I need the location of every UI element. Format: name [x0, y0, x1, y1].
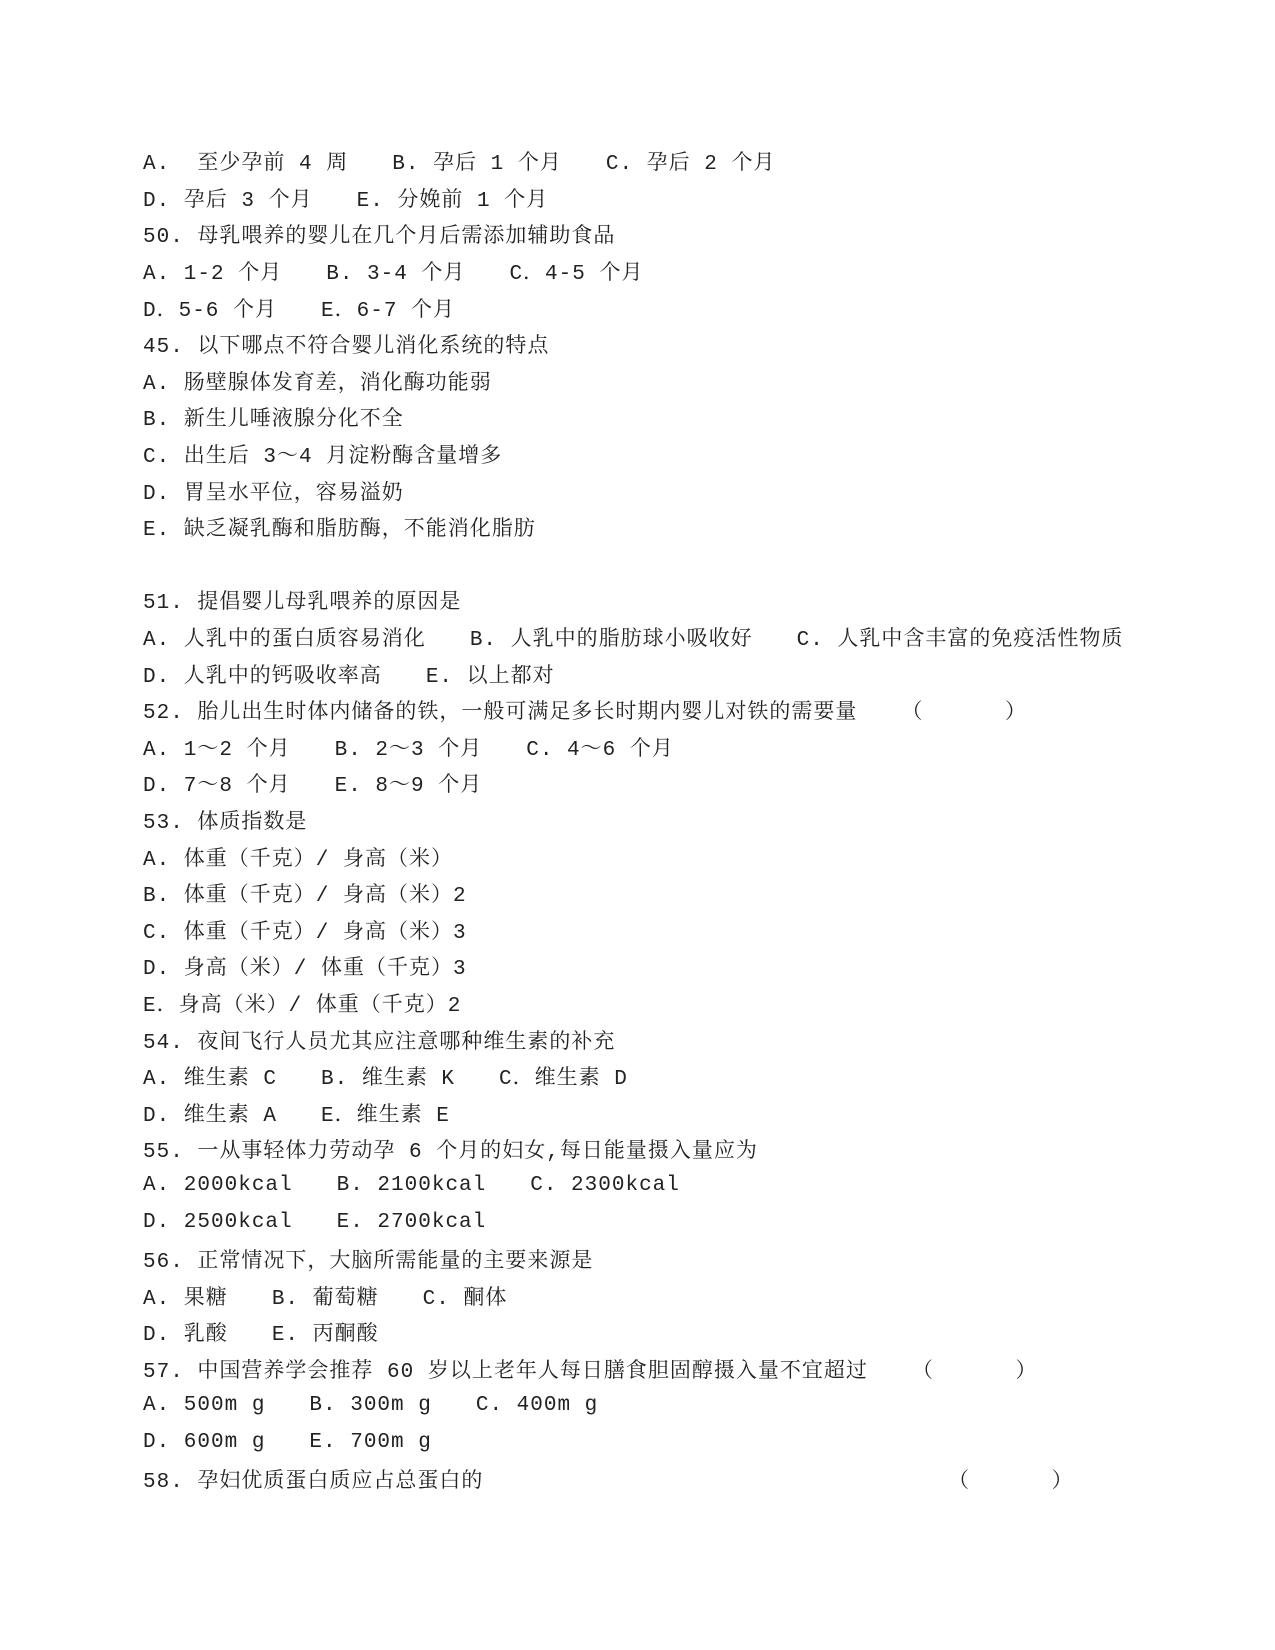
option-line: A. 1～2 个月B. 2～3 个月C. 4～6 个月 [143, 729, 1225, 766]
option-d: D. 胃呈水平位，容易溢奶 [143, 476, 404, 506]
option-line: D. 维生素 AE．维生素 E [143, 1094, 1225, 1131]
option-line: A. 1-2 个月B. 3-4 个月C．4-5 个月 [143, 253, 1225, 290]
answer-blank-parens: （ ） [912, 1354, 1038, 1384]
option-d: D. 7～8 个月 [143, 768, 291, 798]
option-c: C. 酮体 [423, 1281, 508, 1311]
question-stem: 58. 孕妇优质蛋白质应占总蛋白的 [143, 1464, 483, 1494]
question-line: 56. 正常情况下，大脑所需能量的主要来源是 [143, 1241, 1225, 1278]
question-stem: 53. 体质指数是 [143, 805, 307, 835]
option-line: D．5-6 个月E．6-7 个月 [143, 289, 1225, 326]
option-c: C. 2300kcal [530, 1174, 680, 1197]
option-e: E．维生素 E [321, 1098, 450, 1128]
option-b: B. 葡萄糖 [272, 1281, 379, 1311]
option-e: E. 8～9 个月 [335, 768, 483, 798]
exam-document-page: A. 至少孕前 4 周B. 孕后 1 个月C. 孕后 2 个月D. 孕后 3 个… [0, 0, 1275, 1650]
option-e: E. 2700kcal [337, 1211, 487, 1234]
option-a: A. 2000kcal [143, 1174, 293, 1197]
option-c: C. 400m g [476, 1394, 598, 1417]
option-a: A. 体重（千克）/ 身高（米） [143, 842, 453, 872]
option-a: A. 人乳中的蛋白质容易消化 [143, 622, 426, 652]
option-line: A. 维生素 CB. 维生素 KC．维生素 D [143, 1058, 1225, 1095]
option-line: A. 500m gB. 300m gC. 400m g [143, 1387, 1225, 1424]
question-line: 50. 母乳喂养的婴儿在几个月后需添加辅助食品 [143, 216, 1225, 253]
option-e: E. 700m g [309, 1431, 431, 1454]
option-line: A. 至少孕前 4 周B. 孕后 1 个月C. 孕后 2 个月 [143, 143, 1225, 180]
option-line: A. 2000kcalB. 2100kcalC. 2300kcal [143, 1168, 1225, 1205]
question-line: 53. 体质指数是 [143, 802, 1225, 839]
option-c: C. 4～6 个月 [526, 732, 674, 762]
option-e: E. 以上都对 [426, 659, 555, 689]
option-line: C. 出生后 3～4 月淀粉酶含量增多 [143, 436, 1225, 473]
answer-blank-parens: （ ） [901, 695, 1027, 725]
option-e: E. 丙酮酸 [272, 1317, 379, 1347]
option-line: B. 体重（千克）/ 身高（米）2 [143, 875, 1225, 912]
option-e: E．6-7 个月 [321, 293, 455, 323]
question-line: 51. 提倡婴儿母乳喂养的原因是 [143, 582, 1225, 619]
option-b: B. 3-4 个月 [326, 256, 465, 286]
option-b: B. 新生儿唾液腺分化不全 [143, 402, 404, 432]
option-b: B. 孕后 1 个月 [392, 146, 562, 176]
option-line: D. 7～8 个月E. 8～9 个月 [143, 765, 1225, 802]
option-line: D. 乳酸E. 丙酮酸 [143, 1314, 1225, 1351]
option-line: D. 2500kcalE. 2700kcal [143, 1204, 1225, 1241]
question-line: 57. 中国营养学会推荐 60 岁以上老年人每日膳食胆固醇摄入量不宜超过（ ） [143, 1351, 1225, 1388]
question-stem: 50. 母乳喂养的婴儿在几个月后需添加辅助食品 [143, 219, 615, 249]
question-line: 55. 一从事轻体力劳动孕 6 个月的妇女,每日能量摄入量应为 [143, 1131, 1225, 1168]
option-b: B. 300m g [309, 1394, 431, 1417]
option-e: E．身高（米）/ 体重（千克）2 [143, 988, 461, 1018]
option-c: C．4-5 个月 [509, 256, 643, 286]
option-a: A. 500m g [143, 1394, 265, 1417]
question-stem: 45. 以下哪点不符合婴儿消化系统的特点 [143, 329, 549, 359]
question-stem: 51. 提倡婴儿母乳喂养的原因是 [143, 585, 461, 615]
option-line: E．身高（米）/ 体重（千克）2 [143, 985, 1225, 1022]
option-line: D. 人乳中的钙吸收率高E. 以上都对 [143, 655, 1225, 692]
question-line: 54. 夜间飞行人员尤其应注意哪种维生素的补充 [143, 1021, 1225, 1058]
option-d: D. 人乳中的钙吸收率高 [143, 659, 382, 689]
option-line: A. 人乳中的蛋白质容易消化B. 人乳中的脂肪球小吸收好C. 人乳中含丰富的免疫… [143, 619, 1225, 656]
option-a: A. 果糖 [143, 1281, 228, 1311]
question-line: 58. 孕妇优质蛋白质应占总蛋白的（ ） [143, 1460, 1225, 1497]
question-line: 45. 以下哪点不符合婴儿消化系统的特点 [143, 326, 1225, 363]
option-c: C. 出生后 3～4 月淀粉酶含量增多 [143, 439, 502, 469]
option-c: C．维生素 D [499, 1061, 628, 1091]
option-a: A. 肠壁腺体发育差，消化酶功能弱 [143, 366, 492, 396]
option-b: B. 2100kcal [337, 1174, 487, 1197]
option-line: D. 孕后 3 个月E. 分娩前 1 个月 [143, 180, 1225, 217]
option-b: B. 维生素 K [321, 1061, 455, 1091]
option-a: A. 1-2 个月 [143, 256, 282, 286]
question-stem: 52. 胎儿出生时体内储备的铁，一般可满足多长时期内婴儿对铁的需要量 [143, 695, 857, 725]
option-d: D. 维生素 A [143, 1098, 277, 1128]
option-line: A. 体重（千克）/ 身高（米） [143, 838, 1225, 875]
question-line: 52. 胎儿出生时体内储备的铁，一般可满足多长时期内婴儿对铁的需要量（ ） [143, 692, 1225, 729]
option-line: B. 新生儿唾液腺分化不全 [143, 399, 1225, 436]
option-a: A. 1～2 个月 [143, 732, 291, 762]
option-a: A. 维生素 C [143, 1061, 277, 1091]
option-line: C. 体重（千克）/ 身高（米）3 [143, 911, 1225, 948]
option-e: E. 分娩前 1 个月 [357, 183, 549, 213]
question-stem: 56. 正常情况下，大脑所需能量的主要来源是 [143, 1244, 593, 1274]
blank-line [143, 546, 1225, 583]
option-line: D. 600m gE. 700m g [143, 1424, 1225, 1461]
option-d: D．5-6 个月 [143, 293, 277, 323]
question-stem: 55. 一从事轻体力劳动孕 6 个月的妇女,每日能量摄入量应为 [143, 1134, 758, 1164]
option-b: B. 人乳中的脂肪球小吸收好 [470, 622, 753, 652]
option-c: C. 孕后 2 个月 [606, 146, 776, 176]
option-line: A. 肠壁腺体发育差，消化酶功能弱 [143, 363, 1225, 400]
option-b: B. 体重（千克）/ 身高（米）2 [143, 878, 467, 908]
option-c: C. 体重（千克）/ 身高（米）3 [143, 915, 467, 945]
answer-blank-parens: （ ） [948, 1460, 1074, 1497]
option-line: A. 果糖B. 葡萄糖C. 酮体 [143, 1277, 1225, 1314]
option-d: D. 孕后 3 个月 [143, 183, 313, 213]
option-line: D. 胃呈水平位，容易溢奶 [143, 472, 1225, 509]
option-line: E. 缺乏凝乳酶和脂肪酶，不能消化脂肪 [143, 509, 1225, 546]
question-stem: 54. 夜间飞行人员尤其应注意哪种维生素的补充 [143, 1025, 615, 1055]
option-e: E. 缺乏凝乳酶和脂肪酶，不能消化脂肪 [143, 512, 536, 542]
option-a: A. 至少孕前 4 周 [143, 146, 348, 176]
option-d: D. 600m g [143, 1431, 265, 1454]
option-b: B. 2～3 个月 [335, 732, 483, 762]
option-d: D. 身高（米）/ 体重（千克）3 [143, 951, 467, 981]
option-d: D. 2500kcal [143, 1211, 293, 1234]
question-stem: 57. 中国营养学会推荐 60 岁以上老年人每日膳食胆固醇摄入量不宜超过 [143, 1354, 868, 1384]
option-d: D. 乳酸 [143, 1317, 228, 1347]
option-c: C. 人乳中含丰富的免疫活性物质 [797, 622, 1124, 652]
option-line: D. 身高（米）/ 体重（千克）3 [143, 948, 1225, 985]
